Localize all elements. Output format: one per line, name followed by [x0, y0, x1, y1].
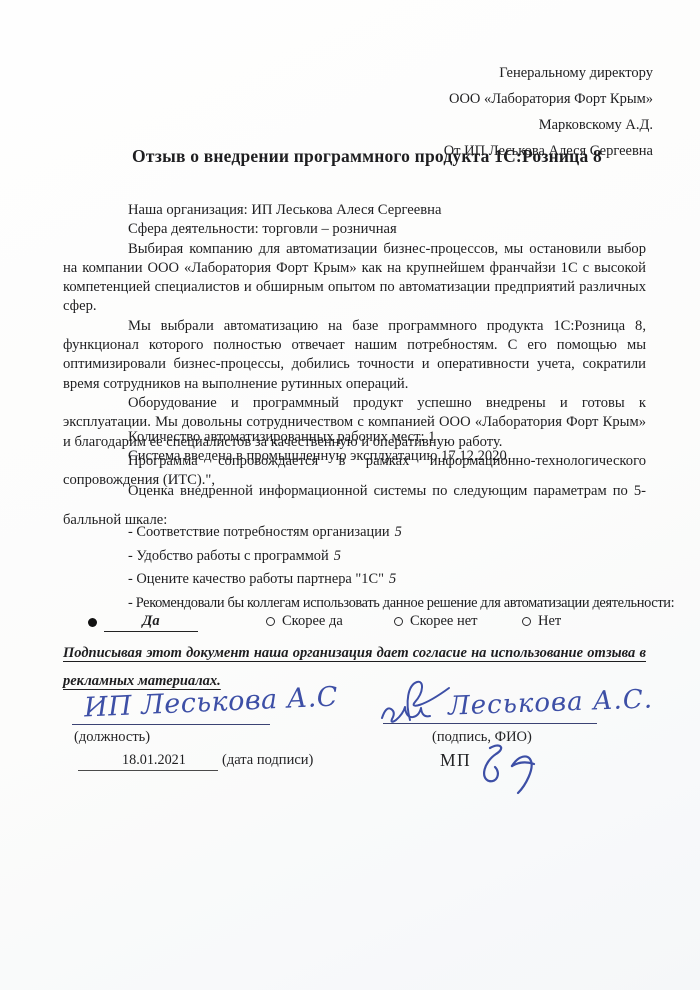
signature-date: 18.01.2021 [122, 752, 186, 769]
document-page: Генеральному директору ООО «Лаборатория … [0, 0, 700, 990]
rating-value: 5 [395, 524, 402, 540]
launch-line: Система введена в промышленную эксплуата… [128, 447, 507, 466]
option-label: Скорее нет [410, 613, 478, 630]
option-label: Скорее да [282, 613, 343, 630]
organization-line: Наша организация: ИП Леськова Алеся Серг… [63, 201, 646, 220]
option-no: Нет [522, 613, 561, 630]
option-yes: Да [88, 613, 198, 632]
option-rather-yes: Скорее да [266, 613, 343, 630]
paragraph: Мы выбрали автоматизацию на базе програм… [63, 317, 646, 394]
rating-label: - Удобство работы с программой [128, 548, 329, 564]
position-label: (должность) [74, 729, 150, 746]
option-label: Нет [538, 613, 561, 630]
consent-line: Подписывая этот документ наша организаци… [63, 640, 646, 668]
paragraph: Выбирая компанию для автоматизации бизне… [63, 240, 646, 317]
signature-handwriting: Леськова А.С. [448, 684, 654, 721]
radio-icon [522, 617, 531, 626]
radio-icon [394, 617, 403, 626]
radio-selected-icon [88, 618, 97, 627]
date-label: (дата подписи) [222, 752, 313, 769]
document-title: Отзыв о внедрении программного продукта … [50, 146, 684, 167]
radio-icon [266, 617, 275, 626]
signature-flourish-icon [379, 680, 451, 728]
ratings-list: - Соответствие потребностям организации5… [128, 524, 674, 618]
sphere-line: Сфера деятельности: торговли – розничная [63, 220, 646, 239]
rating-item: - Оцените качество работы партнера "1С"5 [128, 571, 674, 595]
rating-label: - Соответствие потребностям организации [128, 524, 390, 540]
recommendation-options: Да Скорее да Скорее нет Нет [0, 613, 700, 639]
option-label: Да [104, 613, 198, 632]
rating-item: - Соответствие потребностям организации5 [128, 524, 674, 548]
rating-value: 5 [389, 571, 396, 587]
stamp-handwriting-icon [468, 740, 552, 796]
rating-value: 5 [334, 548, 341, 564]
signature-underline [383, 723, 597, 724]
rating-item: - Удобство работы с программой5 [128, 548, 674, 572]
implementation-stats: Количество автоматизированных рабочих ме… [128, 428, 507, 467]
option-rather-no: Скорее нет [394, 613, 478, 630]
recipient-line: Генеральному директору [444, 60, 653, 86]
recipient-line: Марковскому А.Д. [444, 112, 653, 138]
date-underline [78, 770, 218, 771]
position-underline [72, 724, 270, 725]
workplaces-line: Количество автоматизированных рабочих ме… [128, 428, 507, 447]
recipient-line: ООО «Лаборатория Форт Крым» [444, 86, 653, 112]
stamp-label: МП [440, 750, 471, 771]
rating-label: - Оцените качество работы партнера "1С" [128, 571, 384, 587]
